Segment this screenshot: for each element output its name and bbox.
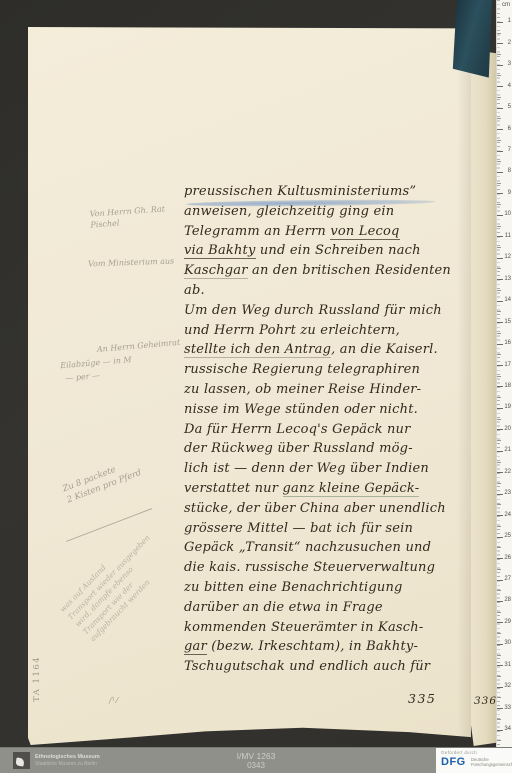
ruler-cm-label: 26 [501,555,511,562]
ruler-half-tick [497,226,501,227]
ruler-half-tick [497,419,501,420]
next-page-number: 336 [474,695,497,707]
ruler-half-tick [497,655,501,656]
manuscript-line: zu lassen, ob meiner Reise Hinder- [184,380,484,400]
ruler-half-tick [497,633,501,634]
ruler-cm-label: 21 [501,447,511,454]
ruler-cm-label: 12 [501,254,511,261]
ruler-cm-label: 5 [501,104,511,111]
manuscript-line: die kais. russische Steuerverwaltung [184,558,484,578]
binding-tab [452,0,492,80]
funded-by-label: Gefördert durch [441,750,477,755]
ruler-half-tick [497,354,501,355]
ruler-cm-label: 34 [501,726,511,733]
ruler-cm-label: 17 [501,362,511,369]
manuscript-line: der Rückweg über Russland mög- [184,439,484,459]
ruler-half-tick [497,183,501,184]
ruler-cm-label: 31 [501,662,511,669]
ruler-cm-label: 6 [501,126,511,133]
ruler-cm-label: 23 [501,490,511,497]
ruler-half-tick [497,719,501,720]
measurement-ruler: cm 1234567891011121314151617181920212223… [496,0,512,773]
ruler-half-tick [497,504,501,505]
ruler-half-tick [497,590,501,591]
ruler-half-tick [497,462,501,463]
vertical-archive-mark: TA 1164 [32,656,42,702]
manuscript-line: gar (bezw. Irkeschtam), in Bakhty- [184,637,484,657]
ruler-half-tick [497,290,501,291]
pencil-squiggle-mark [106,693,122,707]
ruler-cm-label: 9 [501,190,511,197]
manuscript-line: lich ist — denn der Weg über Indien [184,459,484,479]
dfg-full-name: Deutsche Forschungsgemeinschaft [471,757,512,767]
ruler-half-tick [497,569,501,570]
manuscript-line: via Bakhty und ein Schreiben nach [184,241,484,261]
ruler-half-tick [497,140,501,141]
manuscript-page: preussischen Kultusministeriums”anweisen… [28,27,471,745]
ruler-half-tick [497,75,501,76]
ruler-cm-label: 28 [501,597,511,604]
ruler-cm-label: 13 [501,276,511,283]
ruler-half-tick [497,440,501,441]
ruler-half-tick [497,333,501,334]
manuscript-line: zu bitten eine Benachrichtigung [184,578,484,598]
ruler-half-tick [497,204,501,205]
ruler-cm-label: 7 [501,147,511,154]
ruler-cm-label: 29 [501,619,511,626]
ruler-cm-label: 3 [501,61,511,68]
manuscript-text: preussischen Kultusministeriums”anweisen… [184,182,484,677]
manuscript-line: Telegramm an Herrn von Lecoq [184,222,484,242]
manuscript-line: verstattet nur ganz kleine Gepäck- [184,479,484,499]
ruler-cm-label: 10 [501,211,511,218]
ruler-half-tick [497,547,501,548]
next-page-edge: 336 [471,50,498,746]
ruler-half-tick [497,526,501,527]
ruler-half-tick [497,311,501,312]
pencil-note-diagonal-1: Zu 8 packete2 Kisten pro Pferd [61,456,143,507]
manuscript-line: Da für Herrn Lecoq's Gepäck nur [184,420,484,440]
ruler-unit-label: cm [502,2,510,8]
pencil-note-line: Vom Ministerium aus [88,256,174,268]
ruler-cm-label: 18 [501,383,511,390]
ruler-half-tick [497,54,501,55]
manuscript-line: kommenden Steuerämter in Kasch- [184,618,484,638]
ruler-half-tick [497,697,501,698]
ruler-half-tick [497,483,501,484]
ruler-cm-label: 32 [501,683,511,690]
ruler-cm-label: 25 [501,533,511,540]
pencil-note-2: Vom Ministerium aus [88,256,174,268]
ruler-half-tick [497,397,501,398]
ruler-half-tick [497,97,501,98]
ruler-cm-label: 8 [501,168,511,175]
page-number: 335 [408,691,436,706]
ruler-half-tick [497,740,501,741]
manuscript-line: Um den Weg durch Russland für mich [184,301,484,321]
ruler-half-tick [497,247,501,248]
manuscript-line: stellte ich den Antrag, an die Kaiserl. [184,340,484,360]
ruler-cm-label: 11 [501,233,511,240]
ruler-cm-label: 33 [501,705,511,712]
ruler-half-tick [497,612,501,613]
manuscript-line: Kaschgar an den britischen Residenten [184,261,484,281]
ruler-half-tick [497,268,501,269]
manuscript-line: Tschugutschak und endlich auch für [184,657,484,677]
manuscript-line: grössere Mittel — bat ich für sein [184,519,484,539]
ruler-half-tick [497,161,501,162]
ruler-cm-label: 15 [501,319,511,326]
ruler-cm-label: 20 [501,426,511,433]
ruler-cm-label: 30 [501,640,511,647]
ruler-half-tick [497,676,501,677]
footer-bar: Ethnologisches Museum Staatliche Museen … [0,747,512,773]
manuscript-line: Gepäck „Transit“ nachzusuchen und [184,538,484,558]
ruler-half-tick [497,376,501,377]
manuscript-line: russische Regierung telegraphiren [184,360,484,380]
dfg-name-line2: Forschungsgemeinschaft [471,762,512,767]
dfg-logo: DFG [441,756,466,768]
ruler-half-tick [497,33,501,34]
ruler-cm-label: 22 [501,469,511,476]
manuscript-line: stücke, der über China aber unendlich [184,499,484,519]
manuscript-line: darüber an die etwa in Frage [184,598,484,618]
ruler-cm-label: 16 [501,340,511,347]
manuscript-line: und Herrn Pohrt zu erleichtern, [184,321,484,341]
manuscript-line: nisse im Wege stünden oder nicht. [184,400,484,420]
dfg-funding-box: Gefördert durch DFG Deutsche Forschungsg… [436,748,512,773]
ruler-cm-label: 27 [501,576,511,583]
pencil-note-1: Von Herrn Gh. RatPischel [89,203,166,230]
ruler-cm-label: 4 [501,83,511,90]
ruler-cm-label: 24 [501,512,511,519]
ruler-cm-label: 1 [501,18,511,25]
scanned-archive-viewer: { "colors": { "background": "#34332f", "… [0,0,512,773]
ruler-cm-label: 19 [501,404,511,411]
ruler-cm-label: 2 [501,40,511,47]
ruler-half-tick [497,118,501,119]
manuscript-line: ab. [184,281,484,301]
ruler-cm-label: 14 [501,297,511,304]
pencil-note-3: An Herrn GeheimratEilabzüge — in M— per … [59,336,183,385]
